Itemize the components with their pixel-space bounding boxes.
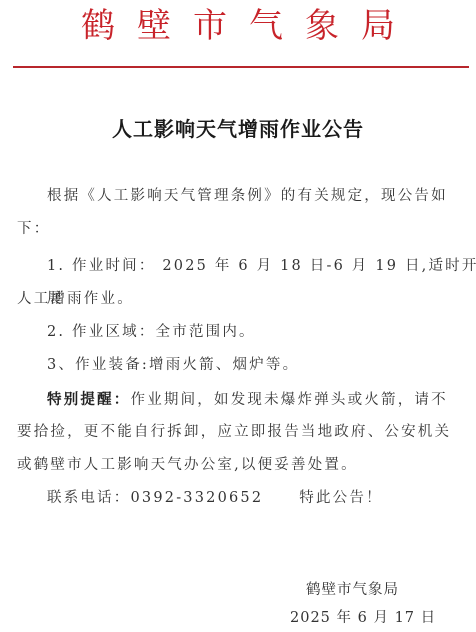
- reminder-line-2: 要拾捡，更不能自行拆卸，应立即报告当地政府、公安机关: [17, 416, 463, 449]
- reminder-line-3: 或鹤壁市人工影响天气办公室,以便妥善处置。: [17, 449, 463, 482]
- item-2: 2. 作业区域：全市范围内。: [17, 316, 476, 349]
- document-title: 人工影响天气增雨作业公告: [0, 115, 476, 143]
- reminder-text-1: 作业期间，如发现未爆炸弹头或火箭，请不: [131, 392, 448, 408]
- closing-text: 特此公告！: [299, 490, 383, 506]
- letterhead-rule: [13, 66, 469, 68]
- item-1-line-2: 人工增雨作业。: [17, 283, 463, 316]
- reminder-label: 特别提醒：: [47, 391, 131, 408]
- intro-line-1: 根据《人工影响天气管理条例》的有关规定，现公告如: [17, 180, 476, 213]
- contact-phone: 0392-3320652: [131, 490, 264, 506]
- contact-line: 联系电话：0392-3320652特此公告！: [17, 482, 476, 515]
- letterhead-title: 鹤壁市气象局: [0, 6, 476, 46]
- item-3: 3、作业装备:增雨火箭、烟炉等。: [17, 349, 476, 382]
- reminder-line-1: 特别提醒：作业期间，如发现未爆炸弹头或火箭，请不: [17, 383, 476, 417]
- signature-date: 2025 年 6 月 17 日: [290, 606, 436, 627]
- intro-line-2: 下：: [17, 213, 463, 246]
- contact-label: 联系电话：: [47, 490, 131, 506]
- signature-agency: 鹤壁市气象局: [306, 578, 399, 599]
